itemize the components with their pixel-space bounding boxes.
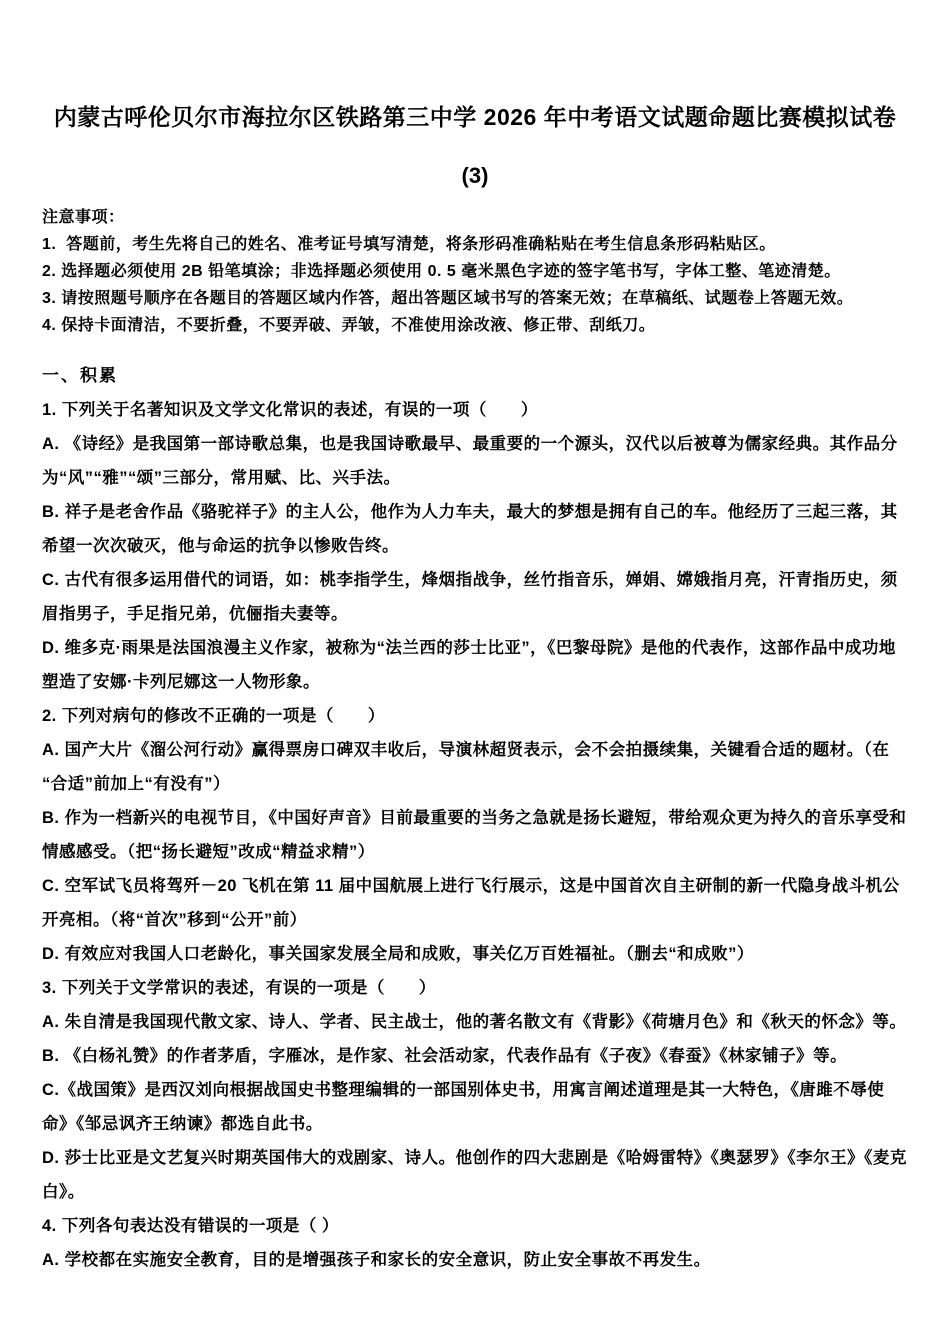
- page-subtitle: (3): [42, 160, 908, 192]
- questions-section: 1. 下列关于名著知识及文学文化常识的表述，有误的一项（ ） A. 《诗经》是我…: [42, 393, 908, 1277]
- question-option: A. 学校都在实施安全教育，目的是增强孩子和家长的安全意识，防止安全事故不再发生…: [42, 1243, 908, 1277]
- question-option: D. 莎士比亚是文艺复兴时期英国伟大的戏剧家、诗人。他创作的四大悲剧是《哈姆雷特…: [42, 1141, 908, 1209]
- question-option: D. 有效应对我国人口老龄化，事关国家发展全局和成败，事关亿万百姓福祉。（删去“…: [42, 937, 908, 971]
- question-option: C. 空军试飞员将驾歼－20 飞机在第 11 届中国航展上进行飞行展示，这是中国…: [42, 869, 908, 937]
- notice-item: 1. 答题前，考生先将自己的姓名、准考证号填写清楚，将条形码准确粘贴在考生信息条…: [42, 231, 908, 258]
- question-option: B. 祥子是老舍作品《骆驼祥子》的主人公，他作为人力车夫，最大的梦想是拥有自己的…: [42, 495, 908, 563]
- question-stem: 2. 下列对病句的修改不正确的一项是（ ）: [42, 699, 908, 733]
- notice-section: 注意事项： 1. 答题前，考生先将自己的姓名、准考证号填写清楚，将条形码准确粘贴…: [42, 204, 908, 339]
- notice-item: 3. 请按照题号顺序在各题目的答题区域内作答，超出答题区域书写的答案无效；在草稿…: [42, 285, 908, 312]
- notice-item: 2. 选择题必须使用 2B 铅笔填涂；非选择题必须使用 0. 5 毫米黑色字迹的…: [42, 258, 908, 285]
- question-stem: 4. 下列各句表达没有错误的一项是（ ）: [42, 1209, 908, 1243]
- question-stem: 1. 下列关于名著知识及文学文化常识的表述，有误的一项（ ）: [42, 393, 908, 427]
- section-heading: 一、积累: [42, 359, 908, 393]
- question-option: B. 作为一档新兴的电视节目，《中国好声音》目前最重要的当务之急就是扬长避短，带…: [42, 801, 908, 869]
- notice-item: 4. 保持卡面清洁，不要折叠，不要弄破、弄皱，不准使用涂改液、修正带、刮纸刀。: [42, 312, 908, 339]
- question-option: B. 《白杨礼赞》的作者茅盾，字雁冰，是作家、社会活动家，代表作品有《子夜》《春…: [42, 1039, 908, 1073]
- question-option: A. 国产大片《溜公河行动》赢得票房口碑双丰收后，导演林超贤表示，会不会拍摄续集…: [42, 733, 908, 801]
- notice-heading: 注意事项：: [42, 204, 908, 231]
- question-option: A. 朱自清是我国现代散文家、诗人、学者、民主战士，他的著名散文有《背影》《荷塘…: [42, 1005, 908, 1039]
- question-option: C. 古代有很多运用借代的词语，如：桃李指学生，烽烟指战争，丝竹指音乐，婵娟、嫦…: [42, 563, 908, 631]
- question-stem: 3. 下列关于文学常识的表述，有误的一项是（ ）: [42, 971, 908, 1005]
- exam-paper-page: 内蒙古呼伦贝尔市海拉尔区铁路第三中学 2026 年中考语文试题命题比赛模拟试卷 …: [0, 0, 950, 1344]
- question-option: A. 《诗经》是我国第一部诗歌总集，也是我国诗歌最早、最重要的一个源头，汉代以后…: [42, 427, 908, 495]
- question-option: C.《战国策》是西汉刘向根据战国史书整理编辑的一部国别体史书，用寓言阐述道理是其…: [42, 1073, 908, 1141]
- question-option: D. 维多克·雨果是法国浪漫主义作家，被称为“法兰西的莎士比亚”，《巴黎母院》是…: [42, 631, 908, 699]
- page-title: 内蒙古呼伦贝尔市海拉尔区铁路第三中学 2026 年中考语文试题命题比赛模拟试卷: [42, 100, 908, 134]
